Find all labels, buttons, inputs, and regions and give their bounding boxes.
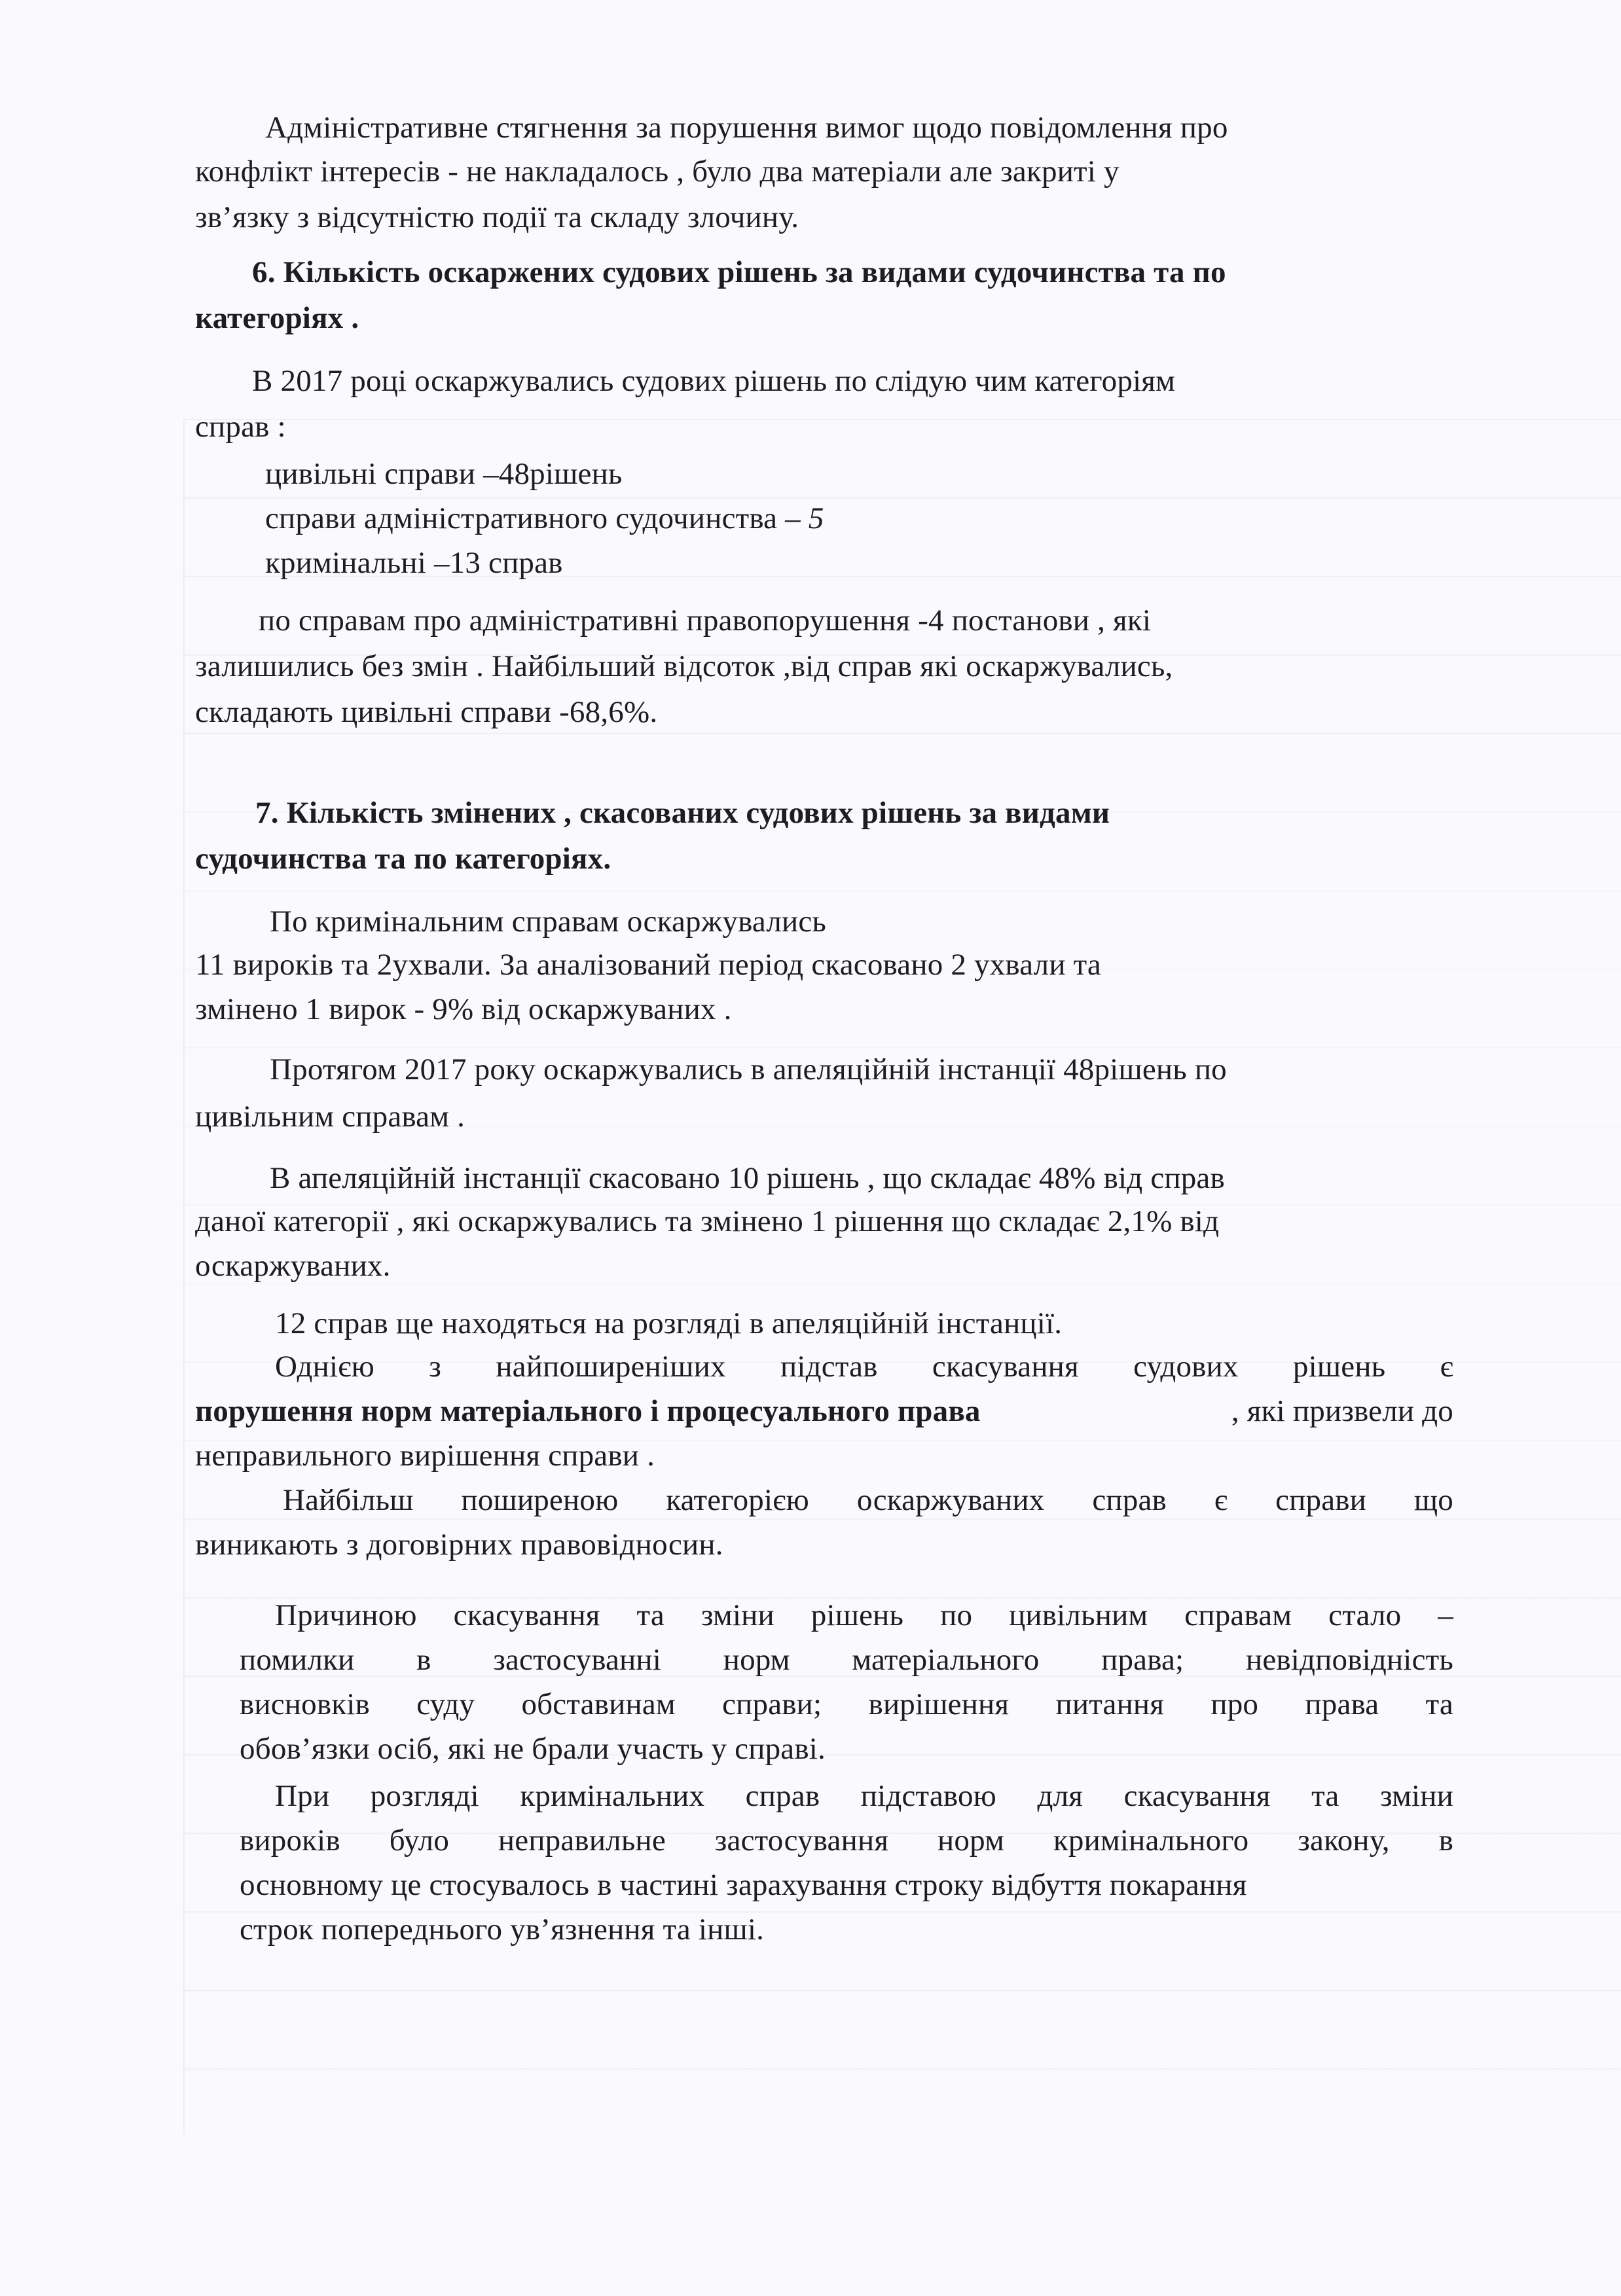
civil-appeals-line-2: цивільним справам . bbox=[195, 1097, 465, 1136]
section-6-heading-line-2: категоріях . bbox=[195, 298, 359, 338]
criminal-appeals-line-3: змінено 1 вирок - 9% від оскаржуваних . bbox=[195, 990, 732, 1029]
paragraph-admin-penalty-line-1: Адміністративне стягнення за порушення в… bbox=[265, 108, 1228, 147]
criminal-appeals-line-2: 11 вироків та 2ухвали. За аналізований п… bbox=[195, 945, 1101, 984]
civil-reasons-line-3: висновків суду обставинам справи; виріше… bbox=[240, 1685, 1453, 1724]
pending-cases-line: 12 справ ще находяться на розгляді в апе… bbox=[275, 1304, 1062, 1343]
criminal-reasons-line-3: основному це стосувалось в частині зарах… bbox=[240, 1865, 1247, 1905]
section-6-intro-line-2: справ : bbox=[195, 407, 286, 446]
category-administrative: справи адміністративного судочинства – 5 bbox=[265, 499, 824, 538]
scanned-document-page: Адміністративне стягнення за порушення в… bbox=[0, 0, 1621, 2296]
civil-reasons-line-4: обов’язки осіб, які не брали участь у сп… bbox=[240, 1729, 826, 1768]
section-6-heading-line-1: 6. Кількість оскаржених судових рішень з… bbox=[252, 253, 1226, 292]
grounds-line-2: порушення норм матеріального і процесуал… bbox=[195, 1391, 1453, 1431]
grounds-bold-text: порушення норм матеріального і процесуал… bbox=[195, 1391, 981, 1431]
section-7-heading-line-1: 7. Кількість змінених , скасованих судов… bbox=[255, 793, 1110, 833]
grounds-line-1: Однією з найпоширеніших підстав скасуван… bbox=[275, 1347, 1453, 1386]
criminal-appeals-line-1: По кримінальним справам оскаржувались bbox=[270, 902, 826, 941]
criminal-reasons-line-2: вироків було неправильне застосування но… bbox=[240, 1821, 1453, 1860]
grounds-rest-text: , які призвели до bbox=[1231, 1391, 1453, 1431]
grounds-line-3: неправильного вирішення справи . bbox=[195, 1436, 655, 1475]
section-7-heading-line-2: судочинства та по категоріях. bbox=[195, 839, 611, 878]
category-criminal: кримінальні –13 справ bbox=[265, 543, 563, 583]
civil-appeals-line-1: Протягом 2017 року оскаржувались в апеля… bbox=[270, 1050, 1227, 1089]
civil-reasons-line-1: Причиною скасування та зміни рішень по ц… bbox=[275, 1596, 1453, 1635]
common-category-line-2: виникають з договірних правовідносин. bbox=[195, 1525, 723, 1564]
appeal-outcomes-line-3: оскаржуваних. bbox=[195, 1246, 391, 1285]
appeal-outcomes-line-2: даної категорії , які оскаржувались та з… bbox=[195, 1202, 1219, 1241]
admin-offenses-line-2: залишились без змін . Найбільший відсото… bbox=[195, 647, 1173, 686]
appeal-outcomes-line-1: В апеляційній інстанції скасовано 10 ріш… bbox=[270, 1158, 1225, 1198]
category-administrative-label: справи адміністративного судочинства – bbox=[265, 501, 809, 535]
criminal-reasons-line-1: При розгляді кримінальних справ підставо… bbox=[275, 1776, 1453, 1816]
paragraph-admin-penalty-line-3: зв’язку з відсутністю події та складу зл… bbox=[195, 198, 799, 237]
admin-offenses-line-1: по справам про адміністративні правопору… bbox=[259, 601, 1151, 640]
category-civil: цивільні справи –48рішень bbox=[265, 454, 623, 493]
criminal-reasons-line-4: строк попереднього ув’язнення та інші. bbox=[240, 1910, 764, 1949]
common-category-line-1: Найбільш поширеною категорією оскаржуван… bbox=[283, 1480, 1453, 1520]
paragraph-admin-penalty-line-2: конфлікт інтересів - не накладалось , бу… bbox=[195, 152, 1120, 191]
category-administrative-value: 5 bbox=[809, 501, 824, 535]
civil-reasons-line-2: помилки в застосуванні норм матеріальног… bbox=[240, 1640, 1453, 1679]
section-6-intro-line-1: В 2017 році оскаржувались судових рішень… bbox=[252, 361, 1175, 401]
admin-offenses-line-3: складають цивільні справи -68,6%. bbox=[195, 692, 657, 732]
